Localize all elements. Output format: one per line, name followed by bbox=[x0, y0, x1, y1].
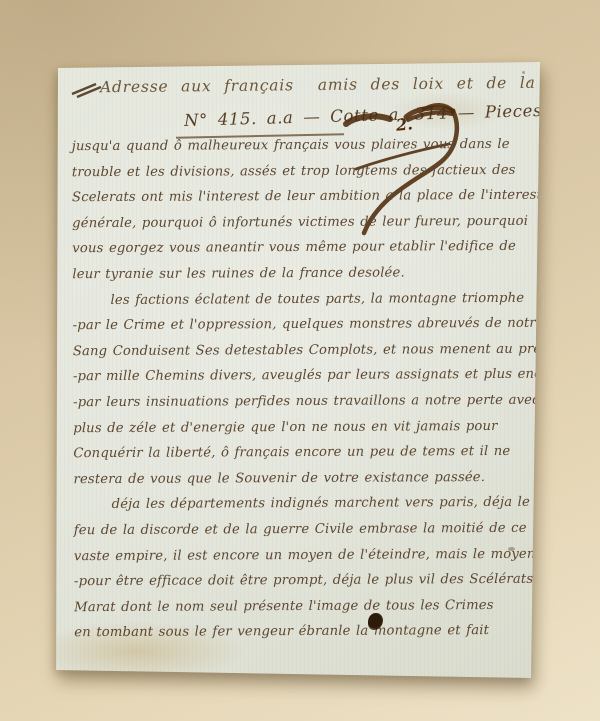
manuscript-line: Conquérir la liberté, ô français encore … bbox=[73, 439, 529, 467]
manuscript-line: jusqu'a quand ô malheureux français vous… bbox=[72, 132, 528, 160]
ink-speck bbox=[508, 547, 515, 551]
ink-speck bbox=[529, 81, 531, 83]
manuscript-line: -par mille Chemins divers, aveuglés par … bbox=[73, 362, 529, 390]
manuscript-line: vaste empire, il est encore un moyen de … bbox=[74, 541, 530, 569]
paper-shadow-wrap: Adresse aux français amis des loix et de… bbox=[0, 0, 600, 721]
manuscript-line: plus de zéle et d'energie que l'on ne no… bbox=[73, 413, 529, 441]
ink-speck bbox=[522, 71, 525, 74]
manuscript-body: jusqu'a quand ô malheureux français vous… bbox=[72, 132, 531, 646]
paragraph: les factions éclatent de toutes parts, l… bbox=[72, 285, 529, 492]
manuscript-line: en tombant sous le fer vengeur ébranle l… bbox=[74, 618, 530, 646]
letter-paper: Adresse aux français amis des loix et de… bbox=[56, 61, 540, 678]
title-part-2: amis des loix et de la paix bbox=[318, 73, 585, 94]
manuscript-line: les factions éclatent de toutes parts, l… bbox=[72, 285, 528, 313]
manuscript-line: -par leurs insinuations perfides nous tr… bbox=[73, 388, 529, 416]
ink-dot bbox=[532, 657, 536, 661]
manuscript-line: feu de la discorde et de la guerre Civil… bbox=[74, 516, 530, 544]
paragraph: déja les départements indignés marchent … bbox=[74, 490, 531, 646]
manuscript-line: leur tyranie sur les ruines de la france… bbox=[72, 260, 528, 288]
title-part-1: Adresse aux français bbox=[100, 76, 294, 96]
manuscript-line: Marat dont le nom seul présente l'image … bbox=[74, 592, 530, 620]
manuscript-line: trouble et les divisions, assés et trop … bbox=[72, 157, 528, 185]
manuscript-line: restera de vous que le Souvenir de votre… bbox=[73, 465, 529, 493]
manuscript-line: -par le Crime et l'oppression, quelques … bbox=[73, 311, 529, 339]
photo-backdrop: Adresse aux français amis des loix et de… bbox=[0, 0, 600, 721]
manuscript-line: Sang Conduisent Ses detestables Complots… bbox=[73, 337, 529, 365]
manuscript-line: générale, pourquoi ô infortunés victimes… bbox=[72, 209, 528, 237]
paragraph: jusqu'a quand ô malheureux français vous… bbox=[72, 132, 529, 288]
manuscript-line: -pour être efficace doit être prompt, dé… bbox=[74, 567, 530, 595]
manuscript-line: déja les départements indignés marchent … bbox=[74, 490, 530, 518]
manuscript-line: Scelerats ont mis l'interest de leur amb… bbox=[72, 183, 528, 211]
reference-mark-icon bbox=[70, 81, 104, 99]
manuscript-line: vous egorgez vous aneantir vous même pou… bbox=[72, 234, 528, 262]
